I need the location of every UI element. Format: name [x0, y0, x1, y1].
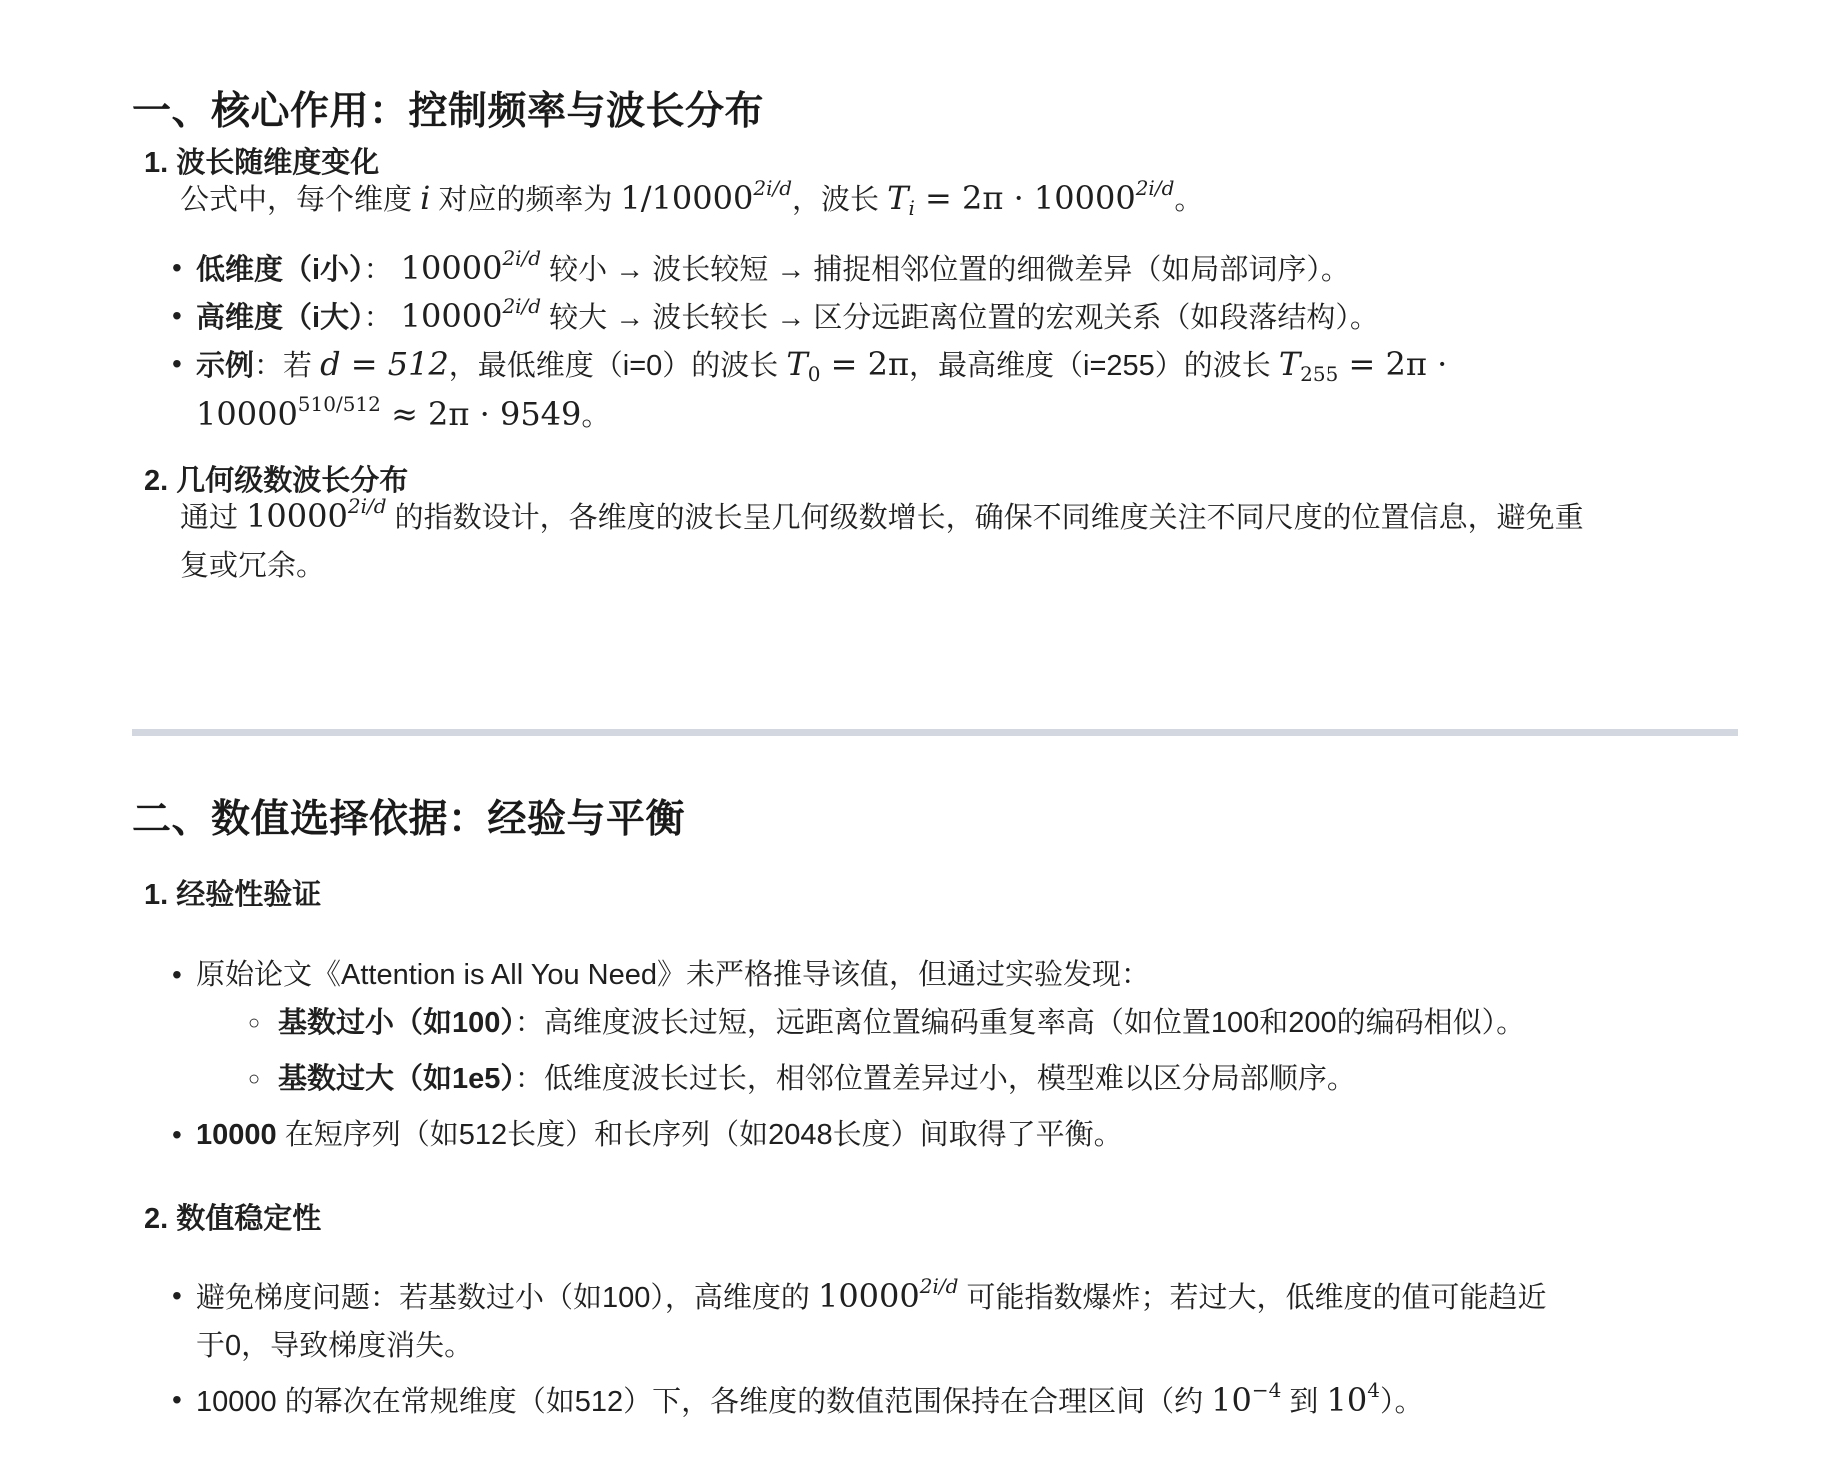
bullet-high-dim: 高维度（i大）： 100002i/d 较大 → 波长较长 → 区分远距离位置的宏…	[196, 292, 1736, 342]
paragraph-frequency: 公式中，每个维度 i 对应的频率为 1/100002i/d，波长 Ti = 2π…	[180, 174, 1740, 224]
sub-bullet-large-base: 基数过大（如1e5）：低维度波长过长，相邻位置差异过小，模型难以区分局部顺序。	[278, 1055, 1356, 1103]
list-item-2-title: 2. 数值稳定性	[144, 1196, 321, 1237]
section-heading-2: 二、数值选择依据：经验与平衡	[132, 788, 685, 844]
bullet-paper: 原始论文《Attention is All You Need》未严格推导该值，但…	[196, 951, 1736, 999]
bullet-range: 10000 的幂次在常规维度（如512）下，各维度的数值范围保持在合理区间（约 …	[196, 1376, 1736, 1426]
paragraph-geometric: 通过 100002i/d 的指数设计，各维度的波长呈几何级数增长，确保不同维度关…	[180, 492, 1740, 590]
divider	[132, 729, 1738, 736]
bullet-example: 示例：若 d = 512，最低维度（i=0）的波长 T0 = 2π，最高维度（i…	[196, 340, 1736, 440]
bullet-low-dim: 低维度（i小）： 100002i/d 较小 → 波长较短 → 捕捉相邻位置的细微…	[196, 244, 1736, 294]
sub-bullet-small-base: 基数过小（如100）：高维度波长过短，远距离位置编码重复率高（如位置100和20…	[278, 999, 1525, 1047]
bullet-gradient: 避免梯度问题：若基数过小（如100），高维度的 100002i/d 可能指数爆炸…	[196, 1272, 1736, 1370]
list-item-1-title: 1. 经验性验证	[144, 872, 321, 913]
bullet-balance: 10000 在短序列（如512长度）和长序列（如2048长度）间取得了平衡。	[196, 1111, 1736, 1159]
section-heading-1: 一、核心作用：控制频率与波长分布	[132, 80, 764, 136]
